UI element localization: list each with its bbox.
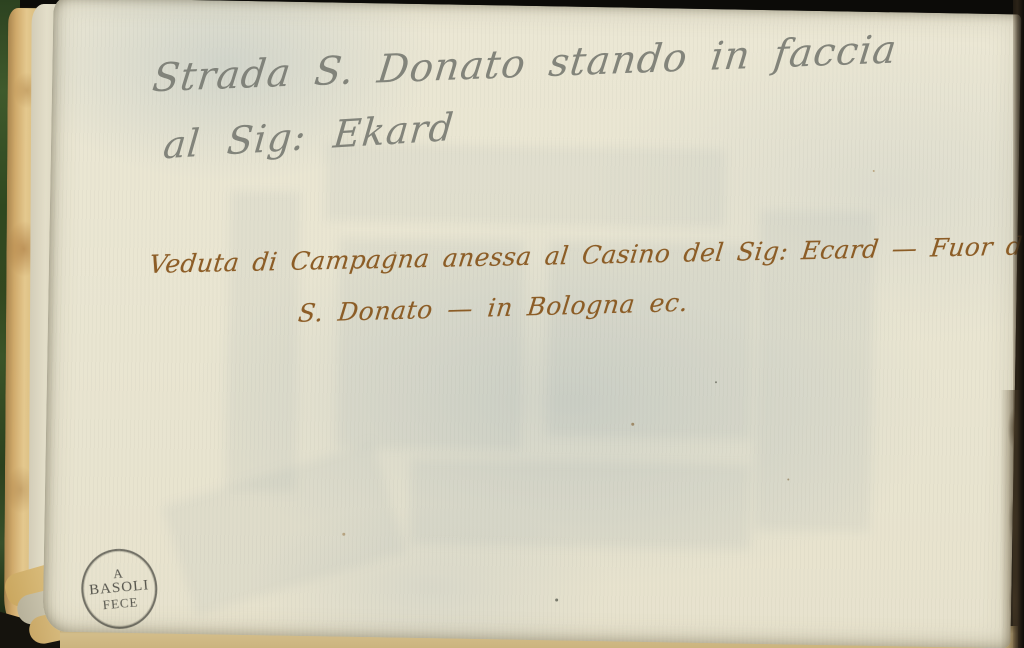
foxing-speck: [873, 170, 875, 172]
reverse-drawing-showthrough: [223, 141, 891, 602]
foxing-speck: [631, 423, 634, 426]
foxing-speck: [394, 252, 396, 254]
right-edge-shadow: [1013, 0, 1024, 648]
ink-speck: [715, 381, 717, 383]
foxing-speck: [787, 478, 789, 480]
photograph-of-open-sketchbook: Strada S. Donato stando in faccia al Sig…: [0, 0, 1024, 648]
collector-stamp: A BASOLI FECE: [78, 546, 161, 632]
notebook-page: Strada S. Donato stando in faccia al Sig…: [43, 0, 1022, 648]
pencil-inscription-line1: Strada S. Donato stando in faccia: [150, 27, 900, 101]
foxing-speck: [342, 533, 345, 536]
stamp-line3: FECE: [102, 595, 139, 612]
ink-speck: [555, 598, 558, 601]
